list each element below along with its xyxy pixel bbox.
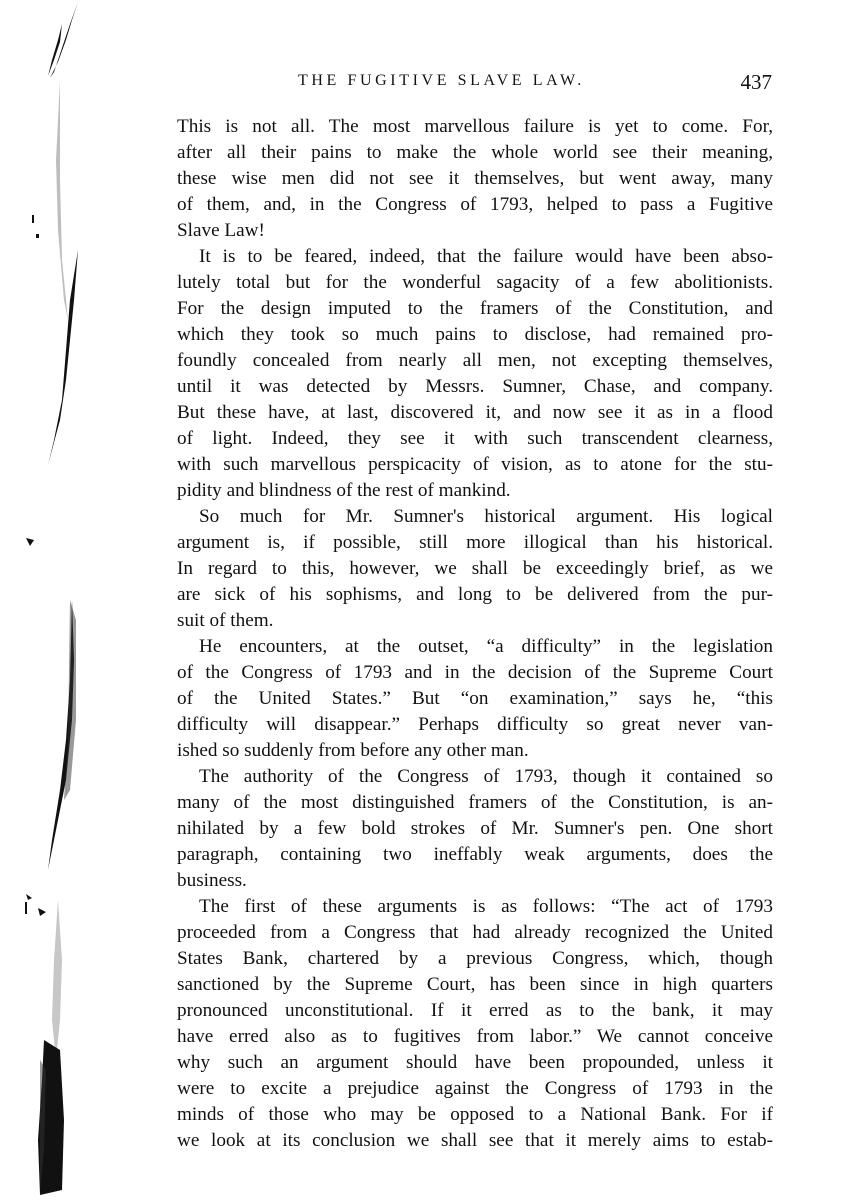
text-line: of them, and, in the Congress of 1793, h… [177, 192, 773, 218]
running-title: THE FUGITIVE SLAVE LAW. [298, 72, 585, 90]
text-line: pronounced unconstitutional. If it erred… [177, 998, 773, 1024]
text-line: foundly concealed from nearly all men, n… [177, 348, 773, 374]
text-line: which they took so much pains to disclos… [177, 322, 773, 348]
text-line: lutely total but for the wonderful sagac… [177, 270, 773, 296]
paragraph: It is to be feared, indeed, that the fai… [177, 244, 773, 504]
text-line: nihilated by a few bold strokes of Mr. S… [177, 816, 773, 842]
text-line: suit of them. [177, 608, 773, 634]
text-line: proceeded from a Congress that had alrea… [177, 920, 773, 946]
book-page: THE FUGITIVE SLAVE LAW. 437 This is not … [0, 0, 856, 1200]
text-line: It is to be feared, indeed, that the fai… [177, 244, 773, 270]
text-line: paragraph, containing two ineffably weak… [177, 842, 773, 868]
text-line: difficulty will disappear.” Perhaps diff… [177, 712, 773, 738]
text-line: The first of these arguments is as follo… [177, 894, 773, 920]
text-line: have erred also as to fugitives from lab… [177, 1024, 773, 1050]
text-line: But these have, at last, discovered it, … [177, 400, 773, 426]
page-number: 437 [741, 70, 773, 95]
text-line: minds of those who may be opposed to a N… [177, 1102, 773, 1128]
paragraph: So much for Mr. Sumner's historical argu… [177, 504, 773, 634]
body-text: This is not all. The most marvellous fai… [177, 114, 773, 1154]
text-line: of the United States.” But “on examinati… [177, 686, 773, 712]
text-line: argument is, if possible, still more ill… [177, 530, 773, 556]
text-line: many of the most distinguished framers o… [177, 790, 773, 816]
paragraph: This is not all. The most marvellous fai… [177, 114, 773, 244]
scanned-binding-edge [0, 0, 120, 1200]
text-line: He encounters, at the outset, “a difficu… [177, 634, 773, 660]
paragraph: The authority of the Congress of 1793, t… [177, 764, 773, 894]
text-line: ished so suddenly from before any other … [177, 738, 773, 764]
text-line: we look at its conclusion we shall see t… [177, 1128, 773, 1154]
text-line: States Bank, chartered by a previous Con… [177, 946, 773, 972]
text-line: of the Congress of 1793 and in the decis… [177, 660, 773, 686]
text-line: these wise men did not see it themselves… [177, 166, 773, 192]
paragraph: He encounters, at the outset, “a difficu… [177, 634, 773, 764]
paragraph: The first of these arguments is as follo… [177, 894, 773, 1154]
text-line: The authority of the Congress of 1793, t… [177, 764, 773, 790]
text-line: are sick of his sophisms, and long to be… [177, 582, 773, 608]
text-line: with such marvellous perspicacity of vis… [177, 452, 773, 478]
text-line: were to excite a prejudice against the C… [177, 1076, 773, 1102]
text-line: In regard to this, however, we shall be … [177, 556, 773, 582]
text-line: why such an argument should have been pr… [177, 1050, 773, 1076]
text-line: after all their pains to make the whole … [177, 140, 773, 166]
text-line: For the design imputed to the framers of… [177, 296, 773, 322]
text-line: sanctioned by the Supreme Court, has bee… [177, 972, 773, 998]
text-line: business. [177, 868, 773, 894]
page-header: THE FUGITIVE SLAVE LAW. 437 [298, 70, 772, 98]
text-line: pidity and blindness of the rest of mank… [177, 478, 773, 504]
text-line: Slave Law! [177, 218, 773, 244]
text-line: This is not all. The most marvellous fai… [177, 114, 773, 140]
text-line: of light. Indeed, they see it with such … [177, 426, 773, 452]
text-line: So much for Mr. Sumner's historical argu… [177, 504, 773, 530]
text-line: until it was detected by Messrs. Sumner,… [177, 374, 773, 400]
